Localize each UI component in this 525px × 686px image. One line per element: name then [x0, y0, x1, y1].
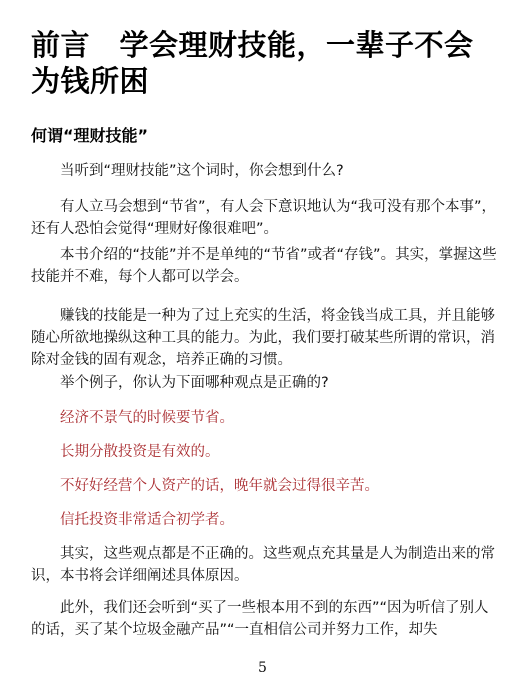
page-number: 5 [0, 660, 525, 676]
paragraph: 其实，这些观点都是不正确的。这些观点充其量是人为制造出来的常识，本书将会详细阐述… [31, 543, 501, 587]
paragraph: 本书介绍的“技能”并不是单纯的“节省”或者“存钱”。其实，掌握这些技能并不难，每… [31, 244, 501, 288]
paragraph: 此外，我们还会听到“买了一些根本用不到的东西”“因为听信了别人的话，买了某个垃圾… [31, 597, 501, 641]
chapter-title: 前言 学会理财技能，一辈子不会为钱所困 [31, 27, 501, 99]
highlighted-statement: 长期分散投资是有效的。 [60, 441, 220, 463]
paragraph: 赚钱的技能是一种为了过上充实的生活，将金钱当成工具，并且能够随心所欲地操纵这种工… [31, 305, 501, 371]
highlighted-statement: 不好好经营个人资产的话，晚年就会过得很辛苦。 [60, 475, 379, 497]
section-heading: 何谓“理财技能” [31, 123, 148, 146]
paragraph: 举个例子，你认为下面哪种观点是正确的? [31, 372, 501, 394]
highlighted-statement: 信托投资非常适合初学者。 [60, 509, 234, 531]
paragraph: 有人立马会想到“节省”，有人会下意识地认为“我可没有那个本事”，还有人恐怕会觉得… [31, 196, 501, 240]
document-page: 前言 学会理财技能，一辈子不会为钱所困 何谓“理财技能” 当听到“理财技能”这个… [0, 0, 525, 686]
paragraph: 当听到“理财技能”这个词时，你会想到什么? [31, 160, 501, 182]
highlighted-statement: 经济不景气的时候要节省。 [60, 407, 234, 429]
